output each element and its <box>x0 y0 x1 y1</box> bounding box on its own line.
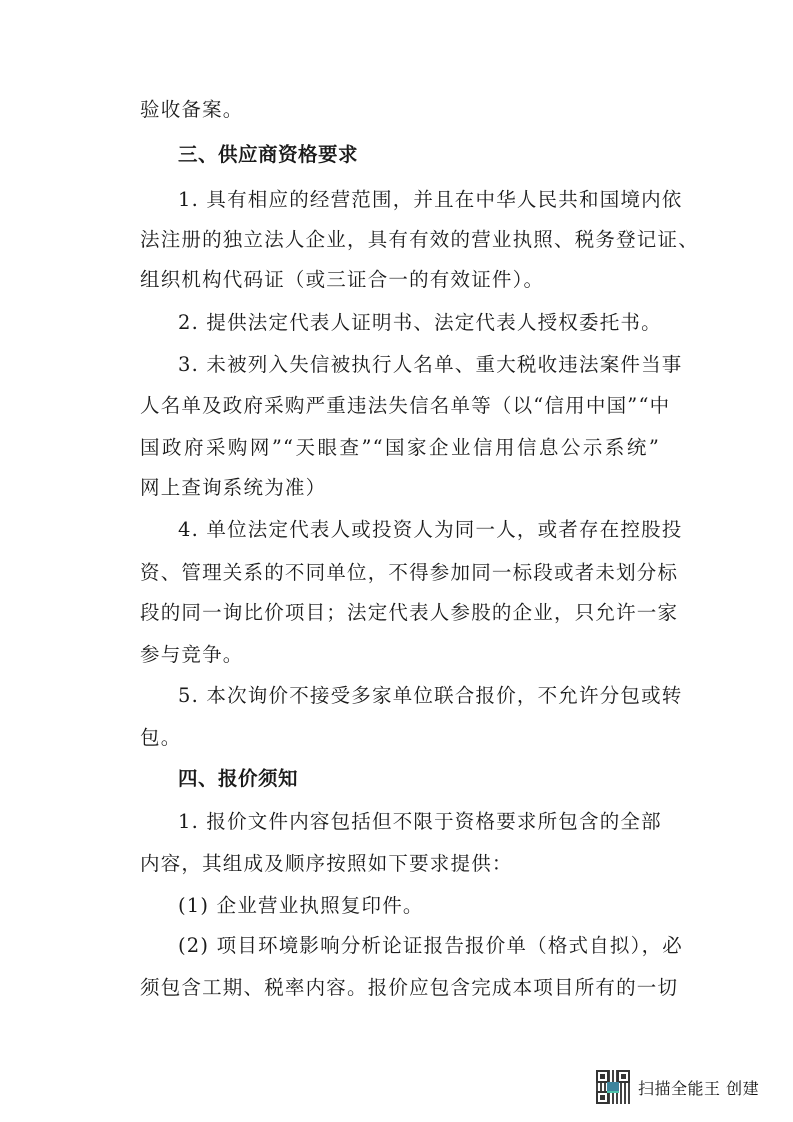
text-line: 组织机构代码证（或三证合一的有效证件）。 <box>140 268 660 292</box>
text-line: 段的同一询比价项目；法定代表人参股的企业，只允许一家 <box>140 601 660 625</box>
text-line: 1. 具有相应的经营范围，并且在中华人民共和国境内依 <box>178 188 660 212</box>
text-line: 国政府采购网”“天眼查”“国家企业信用信息公示系统” <box>140 436 660 460</box>
text-line: 内容，其组成及顺序按照如下要求提供： <box>140 852 660 876</box>
text-line: 法注册的独立法人企业，具有有效的营业执照、税务登记证、 <box>140 228 660 252</box>
text-line: 资、管理关系的不同单位，不得参加同一标段或者未划分标 <box>140 561 660 585</box>
section-heading: 三、供应商资格要求 <box>178 143 660 167</box>
scanner-watermark: 扫描全能王 创建 <box>596 1070 759 1104</box>
text-line: 5. 本次询价不接受多家单位联合报价，不允许分包或转 <box>178 684 660 708</box>
text-line: 1. 报价文件内容包括但不限于资格要求所包含的全部 <box>178 810 660 834</box>
watermark-text: 扫描全能王 创建 <box>638 1076 759 1099</box>
text-line: 网上查询系统为准） <box>140 476 660 500</box>
text-line: (2) 项目环境影响分析论证报告报价单（格式自拟），必 <box>178 934 660 958</box>
section-heading: 四、报价须知 <box>178 767 660 791</box>
text-line: 4. 单位法定代表人或投资人为同一人，或者存在控股投 <box>178 518 660 542</box>
text-line: 3. 未被列入失信被执行人名单、重大税收违法案件当事 <box>178 353 660 377</box>
text-line: 参与竞争。 <box>140 643 660 667</box>
text-line: 包。 <box>140 726 660 750</box>
text-line: 人名单及政府采购严重违法失信名单等（以“信用中国”“中 <box>140 394 660 418</box>
text-line: 2. 提供法定代表人证明书、法定代表人授权委托书。 <box>178 311 660 335</box>
text-line: (1) 企业营业执照复印件。 <box>178 894 660 918</box>
text-line: 验收备案。 <box>140 98 660 122</box>
document-page: 验收备案。三、供应商资格要求1. 具有相应的经营范围，并且在中华人民共和国境内依… <box>0 0 793 1122</box>
text-line: 须包含工期、税率内容。报价应包含完成本项目所有的一切 <box>140 976 660 1000</box>
qr-code-icon <box>596 1070 630 1104</box>
